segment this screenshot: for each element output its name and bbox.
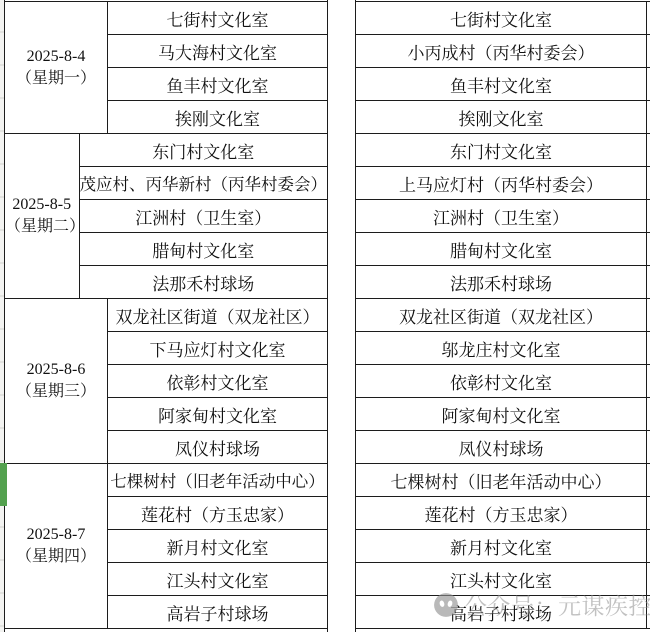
location-cell[interactable]: 江头村文化室 (356, 563, 647, 595)
location-cell[interactable]: 法那禾村球场 (356, 266, 647, 298)
location-cell[interactable]: 上马应灯村（丙华村委会） (356, 167, 647, 199)
table-row: 江洲村（卫生室） (356, 200, 650, 233)
schedule-table-left: 2025-8-4 （星期一） 七街村文化室 马大海村文化室 鱼丰村文化室 挨刚文… (4, 0, 328, 632)
location-cell[interactable]: 鱼丰村文化室 (356, 68, 647, 100)
location-text: 挨刚文化室 (175, 105, 260, 130)
table-row: 依彰村文化室 (356, 365, 650, 398)
weekday-text: （星期四） (16, 546, 96, 568)
location-cell[interactable]: 阿家甸村文化室 (108, 398, 327, 431)
table-row: 七棵树村（旧老年活动中心） (356, 464, 650, 497)
location-cell[interactable]: 挨刚文化室 (356, 101, 647, 133)
day-block-tuesday: 2025-8-5 （星期二） 东门村文化室 茂应村、丙华新村（丙华村委会） 江洲… (5, 134, 327, 299)
location-cell[interactable]: 江头村文化室 (108, 563, 327, 596)
table-row: 鱼丰村文化室 (356, 68, 650, 101)
table-row: 高岩子村球场 (356, 596, 650, 629)
location-text: 挨刚文化室 (459, 105, 544, 130)
location-cell[interactable]: 江洲村（卫生室） (80, 200, 328, 233)
location-cell[interactable]: 小丙成村（丙华村委会） (356, 35, 647, 67)
date-cell[interactable]: 2025-8-5 （星期二） (5, 134, 80, 298)
table-row: 挨刚文化室 (356, 101, 650, 134)
date-cell[interactable]: 2025-8-6 （星期三） (5, 299, 108, 463)
location-cell[interactable]: 双龙社区街道（双龙社区） (108, 299, 327, 332)
date-text: 2025-8-7 (27, 524, 86, 546)
location-text: 江头村文化室 (450, 567, 552, 592)
table-row: 新月村文化室 (356, 530, 650, 563)
day-block-monday: 2025-8-4 （星期一） 七街村文化室 马大海村文化室 鱼丰村文化室 挨刚文… (5, 2, 327, 134)
table-row: 法那禾村球场 (356, 266, 650, 299)
location-text: 新月村文化室 (167, 534, 269, 559)
location-text: 马大海村文化室 (158, 39, 277, 64)
location-cell[interactable]: 莲花村（方玉忠家） (356, 497, 647, 529)
location-cell[interactable]: 腊甸村文化室 (356, 233, 647, 265)
location-text: 高岩子村球场 (450, 600, 552, 625)
location-cell[interactable]: 马大海村文化室 (108, 35, 327, 68)
schedule-table-right: 七街村文化室 小丙成村（丙华村委会） 鱼丰村文化室 挨刚文化室 东门村文化室 上… (355, 0, 650, 632)
location-cell[interactable]: 东门村文化室 (80, 134, 328, 167)
location-cell[interactable]: 茂应村、丙华新村（丙华村委会） (80, 167, 328, 200)
location-cell[interactable]: 七街村文化室 (356, 2, 647, 34)
table-row: 江头村文化室 (356, 563, 650, 596)
location-text: 小丙成村（丙华村委会） (408, 39, 595, 64)
date-cell[interactable]: 2025-8-4 （星期一） (5, 2, 108, 133)
location-text: 鱼丰村文化室 (450, 72, 552, 97)
location-cell[interactable]: 挨刚文化室 (108, 101, 327, 133)
location-cell[interactable]: 依彰村文化室 (108, 365, 327, 398)
location-cell[interactable]: 东门村文化室 (356, 134, 647, 166)
location-cell[interactable]: 七棵树村（旧老年活动中心） (356, 464, 647, 496)
location-text: 江头村文化室 (167, 567, 269, 592)
location-text: 依彰村文化室 (450, 369, 552, 394)
location-cell[interactable]: 下马应灯村文化室 (108, 332, 327, 365)
date-text: 2025-8-4 (27, 46, 86, 68)
location-text: 江洲村（卫生室） (135, 204, 271, 229)
location-text: 凤仪村球场 (175, 435, 260, 460)
location-cell[interactable]: 新月村文化室 (108, 530, 327, 563)
location-text: 七棵树村（旧老年活动中心） (110, 468, 325, 492)
location-text: 法那禾村球场 (450, 270, 552, 295)
weekday-text: （星期三） (16, 381, 96, 403)
location-text: 鱼丰村文化室 (167, 72, 269, 97)
location-cell[interactable]: 双龙社区街道（双龙社区） (356, 299, 647, 331)
location-cell[interactable]: 七街村文化室 (108, 2, 327, 35)
location-cell[interactable]: 阿家甸村文化室 (356, 398, 647, 430)
location-text: 阿家甸村文化室 (158, 402, 277, 427)
date-text: 2025-8-6 (27, 359, 86, 381)
location-cell[interactable]: 法那禾村球场 (80, 266, 328, 298)
location-text: 腊甸村文化室 (152, 237, 254, 262)
table-row: 邬龙庄村文化室 (356, 332, 650, 365)
location-cell[interactable]: 高岩子村球场 (356, 596, 647, 628)
weekday-text: （星期二） (5, 216, 79, 238)
location-cell[interactable]: 新月村文化室 (356, 530, 647, 562)
table-row: 七街村文化室 (356, 2, 650, 35)
table-row: 凤仪村球场 (356, 431, 650, 464)
table-row: 东门村文化室 (356, 134, 650, 167)
weekday-text: （星期一） (16, 68, 96, 90)
location-text: 东门村文化室 (450, 138, 552, 163)
location-text: 七棵树村（旧老年活动中心） (391, 468, 612, 493)
location-cell[interactable]: 邬龙庄村文化室 (356, 332, 647, 364)
location-column: 双龙社区街道（双龙社区） 下马应灯村文化室 依彰村文化室 阿家甸村文化室 凤仪村… (108, 299, 327, 463)
day-block-wednesday: 2025-8-6 （星期三） 双龙社区街道（双龙社区） 下马应灯村文化室 依彰村… (5, 299, 327, 464)
location-text: 下马应灯村文化室 (150, 336, 286, 361)
location-cell[interactable]: 凤仪村球场 (108, 431, 327, 463)
schedule-table-screenshot: 2025-8-4 （星期一） 七街村文化室 马大海村文化室 鱼丰村文化室 挨刚文… (0, 0, 650, 632)
location-column: 七街村文化室 马大海村文化室 鱼丰村文化室 挨刚文化室 (108, 2, 327, 133)
location-text: 腊甸村文化室 (450, 237, 552, 262)
location-cell[interactable]: 江洲村（卫生室） (356, 200, 647, 232)
location-column: 七棵树村（旧老年活动中心） 莲花村（方玉忠家） 新月村文化室 江头村文化室 高岩… (108, 464, 327, 628)
green-cell-marker (0, 463, 7, 506)
location-text: 上马应灯村（丙华村委会） (399, 171, 603, 196)
location-cell[interactable]: 鱼丰村文化室 (108, 68, 327, 101)
location-text: 莲花村（方玉忠家） (141, 501, 294, 526)
table-row: 莲花村（方玉忠家） (356, 497, 650, 530)
location-text: 双龙社区街道（双龙社区） (116, 303, 320, 328)
location-cell[interactable]: 七棵树村（旧老年活动中心） (108, 464, 327, 497)
location-text: 七街村文化室 (167, 6, 269, 31)
table-row: 腊甸村文化室 (356, 233, 650, 266)
date-text: 2025-8-5 (12, 194, 71, 216)
location-cell[interactable]: 莲花村（方玉忠家） (108, 497, 327, 530)
day-block-thursday: 2025-8-7 （星期四） 七棵树村（旧老年活动中心） 莲花村（方玉忠家） 新… (5, 464, 327, 629)
location-text: 邬龙庄村文化室 (442, 336, 561, 361)
location-text: 江洲村（卫生室） (433, 204, 569, 229)
location-text: 东门村文化室 (152, 138, 254, 163)
location-text: 高岩子村球场 (167, 600, 269, 625)
location-cell[interactable]: 依彰村文化室 (356, 365, 647, 397)
location-cell[interactable]: 腊甸村文化室 (80, 233, 328, 266)
location-cell[interactable]: 凤仪村球场 (356, 431, 647, 463)
location-text: 茂应村、丙华新村（丙华村委会） (80, 171, 328, 195)
location-text: 凤仪村球场 (459, 435, 544, 460)
location-text: 阿家甸村文化室 (442, 402, 561, 427)
location-text: 法那禾村球场 (152, 270, 254, 295)
location-column: 东门村文化室 茂应村、丙华新村（丙华村委会） 江洲村（卫生室） 腊甸村文化室 法… (80, 134, 328, 298)
table-row: 双龙社区街道（双龙社区） (356, 299, 650, 332)
location-text: 依彰村文化室 (167, 369, 269, 394)
location-text: 七街村文化室 (450, 6, 552, 31)
location-text: 双龙社区街道（双龙社区） (399, 303, 603, 328)
table-row: 阿家甸村文化室 (356, 398, 650, 431)
table-row: 小丙成村（丙华村委会） (356, 35, 650, 68)
date-cell[interactable]: 2025-8-7 （星期四） (5, 464, 108, 628)
location-text: 新月村文化室 (450, 534, 552, 559)
location-cell[interactable]: 高岩子村球场 (108, 596, 327, 628)
location-text: 莲花村（方玉忠家） (425, 501, 578, 526)
table-row: 上马应灯村（丙华村委会） (356, 167, 650, 200)
